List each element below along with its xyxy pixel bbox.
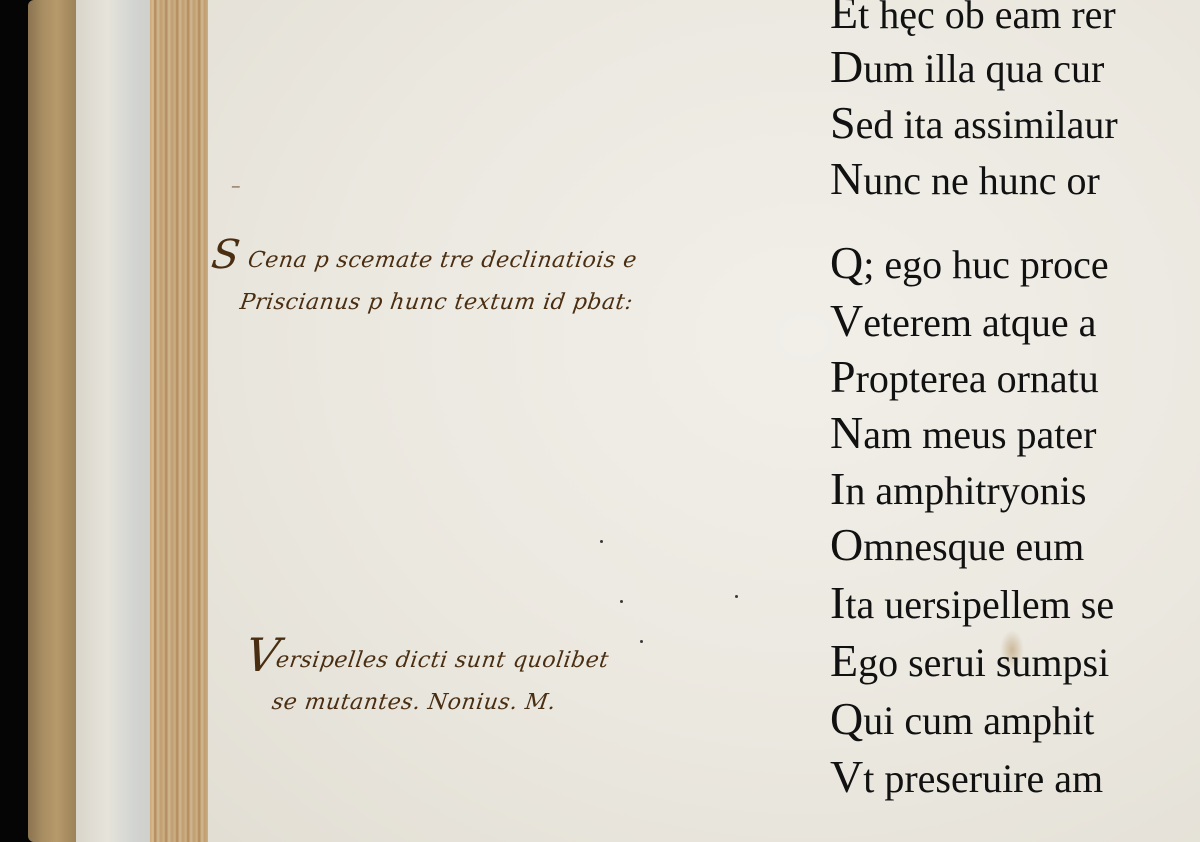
printed-line: Et hęc ob eam rer: [830, 0, 1116, 42]
printed-line: Omnesque eum: [830, 518, 1084, 574]
printed-line: Qui cum amphit: [830, 692, 1094, 748]
printed-line: Q; ego huc proce: [830, 236, 1109, 292]
printed-line: Sed ita assimilaur: [830, 96, 1118, 152]
printed-line: Ita uersipellem se: [830, 576, 1114, 632]
printed-line: Vt preseruire am: [830, 750, 1103, 806]
printed-line: Dum illa qua cur: [830, 40, 1104, 96]
outer-page-edge: [28, 0, 76, 842]
inner-page-strip: [76, 0, 154, 842]
printed-line: Propterea ornatu: [830, 350, 1099, 406]
printed-line: Nunc ne hunc or: [830, 152, 1100, 208]
ink-speck: [600, 540, 603, 543]
printed-line: In amphitryonis: [830, 462, 1086, 518]
annotation-line: Priscianus p hunc textum id pbat:: [238, 290, 634, 315]
ink-speck: [735, 595, 738, 598]
annotation-line: Cena p scemate tre declinatiois e: [246, 248, 638, 273]
annotation-line: se mutantes. Nonius. M.: [270, 690, 557, 715]
printed-line: Ego serui sumpsi: [830, 634, 1109, 690]
printed-line: Nam meus pater: [830, 406, 1096, 462]
margin-mark: ⁻: [228, 178, 239, 203]
page-fore-edge: [150, 0, 208, 842]
printed-line: Veterem atque a: [830, 294, 1096, 350]
ink-speck: [640, 640, 643, 643]
ink-speck: [620, 600, 623, 603]
annotation-line: ersipelles dicti sunt quolibet: [274, 648, 610, 673]
book-photo: ⁻ S Cena p scemate tre declinatiois e Pr…: [0, 0, 1200, 842]
